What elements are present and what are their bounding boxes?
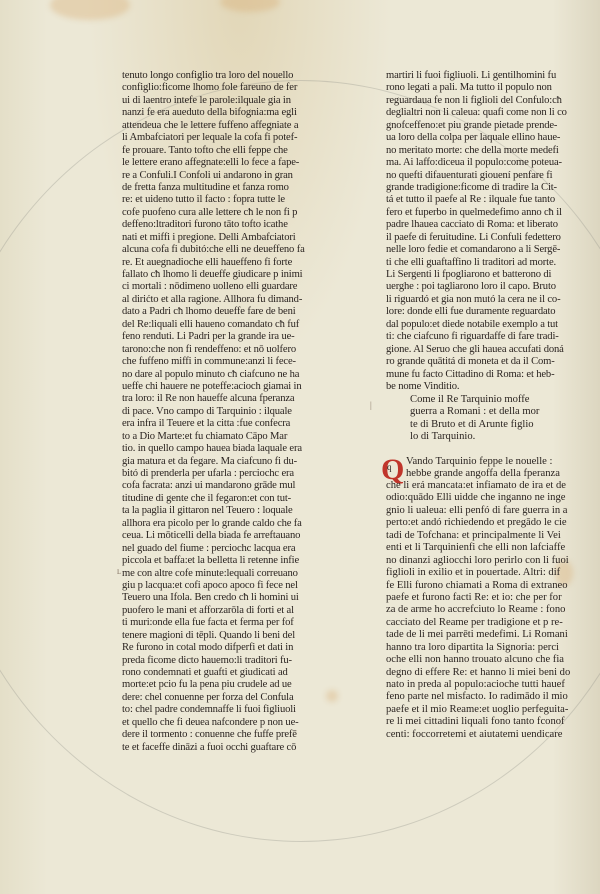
text-line: feno parte nel misfacto. Io radimādo il …	[386, 691, 570, 703]
text-line: rono condemnati et guafti et giudicati a…	[122, 667, 354, 679]
text-line: re: et uideno tutto il facto : fopra tut…	[122, 194, 354, 206]
text-line: de fretta fanza multitudine et fanza rom…	[122, 182, 354, 194]
margin-mark: ʟ	[117, 566, 121, 576]
text-line: allhora era picolo per lo grande caldo c…	[122, 518, 354, 530]
text-line: guerra a Romani : et della mor	[410, 406, 539, 418]
text-line: attendeua che le lettere fuffeno affegni…	[122, 120, 354, 132]
text-line: gnio li ualeua: elli penfó di fare guerr…	[386, 505, 570, 517]
right-text-column: martiri li fuoi figliuoli. Li gentilhomi…	[386, 70, 598, 393]
text-line: gione. Al Seruo che gli hauea accufati d…	[386, 344, 598, 356]
chapter-body-lines: che li erá mancata:et infiamato de ira e…	[386, 480, 570, 741]
text-line: gia matura et da fegare. Ma ciafcuno fi …	[122, 456, 354, 468]
paper-stain	[50, 0, 130, 20]
text-line: no quefti difauenturati giouení penfare …	[386, 170, 598, 182]
text-line: Vando Tarquinio feppe le nouelle :	[406, 456, 560, 468]
text-line: dal populo:et diede notabile exemplo a t…	[386, 319, 598, 331]
text-line: to: chel padre condemnaffe li fuoi figli…	[122, 704, 354, 716]
text-line: era infra il Teuere et la citta :fue con…	[122, 418, 354, 430]
text-line: Teuero una Ifola. Ben credo cħ li homini…	[122, 592, 354, 604]
text-line: ti che elli guaftaffino li traditori ad …	[386, 257, 598, 269]
text-line: te et faceffe dināzi a fuoi occhi guafta…	[122, 742, 354, 754]
text-line: le lettere erano affegnate:elli lo fece …	[122, 157, 354, 169]
text-line: ro grande quātitá di moneta et da il Com…	[386, 356, 598, 368]
text-line: fe Elli furono chiamati a Roma di extran…	[386, 580, 570, 592]
text-line: li Ambafciatori per lequale la cofa fi p…	[122, 132, 354, 144]
text-line: re li mei cittadini liquali fono tanto f…	[386, 716, 570, 728]
text-line: lore: donde elli fue duramente reguardat…	[386, 306, 598, 318]
text-line: dere: chel conuenne per forza del Conful…	[122, 692, 354, 704]
text-line: degno di effere Re: et hanno li miei ben…	[386, 667, 570, 679]
text-line: deffeno:ltraditori furono tāto tofto ica…	[122, 219, 354, 231]
text-line: ueffe chi hauere ne poteffe:acioch giama…	[122, 381, 354, 393]
text-line: cacciato del Reame per tradigione et p r…	[386, 617, 570, 629]
text-line: te di Bruto et di Arunte figlio	[410, 419, 539, 431]
chapter-heading: Come il Re Tarquinio moffeguerra a Roman…	[410, 394, 539, 444]
text-line: ci mortali : nōdimeno uolleno elli guard…	[122, 281, 354, 293]
text-line: cofe puofeno cura alle lettere cħ le non…	[122, 207, 354, 219]
text-line: nati et miffi i pregione. Delli Ambafcia…	[122, 232, 354, 244]
text-line: tenuto longo configlio tra loro del noue…	[122, 70, 354, 82]
text-line: ceua. Li mōticelli della biada fe arreft…	[122, 530, 354, 542]
text-line: gnofceffeno:et piu grande pietade prende…	[386, 120, 598, 132]
text-line: ti: che ciafcuno fi riguardaffe di fare …	[386, 331, 598, 343]
text-line: perto:et andó richiedendo et pregādo le …	[386, 517, 570, 529]
paper-stain	[220, 0, 280, 12]
chapter-opening-lines: Vando Tarquinio feppe le nouelle :hebbe …	[406, 456, 560, 481]
text-line: piccola et baffa:et la belletta li reten…	[122, 555, 354, 567]
text-line: puofero le mani et afforzarōla di forti …	[122, 605, 354, 617]
text-line: nanzi fe era aueduto della bifognia:ma e…	[122, 107, 354, 119]
text-line: nel guado del fiume : perciochc lacqua e…	[122, 543, 354, 555]
text-line: ta la paglia il gittaron nel Teuero : lo…	[122, 505, 354, 517]
text-line: fallato cħ lhomo li deueffe giudicare p …	[122, 269, 354, 281]
text-line: Re furono in cotal modo difperfi et dati…	[122, 642, 354, 654]
text-line: tio. in quello campo hauea biada laquale…	[122, 443, 354, 455]
text-line: tenere magioni di tēpli. Quando li beni …	[122, 630, 354, 642]
text-line: enti et li Tarquinienfi che elli non laf…	[386, 542, 570, 554]
text-line: re. Et auegnadioche elli haueffeno fi fo…	[122, 257, 354, 269]
text-line: ti muri:onde ella fue facta et ferma per…	[122, 617, 354, 629]
left-text-column: tenuto longo configlio tra loro del noue…	[122, 70, 354, 754]
text-line: dere il tormento : conuenne che fuffe pr…	[122, 729, 354, 741]
text-line: ma. Ai laffo:diceua il populo:come poteu…	[386, 157, 598, 169]
text-line: to a Dio Marte:et fu chiamato Cāpo Mar	[122, 431, 354, 443]
text-line: me con altre cofe minute:lequali correua…	[122, 568, 354, 580]
text-line: tá et tutto il paefe al Re : ilquale fue…	[386, 194, 598, 206]
text-line: Come il Re Tarquinio moffe	[410, 394, 539, 406]
text-line: centi: foccorretemi et aiutatemi uendica…	[386, 729, 570, 741]
text-line: tarono:che non fi rendeffeno: et nō uolf…	[122, 344, 354, 356]
text-line: preda ficome dicto hauemo:li traditori f…	[122, 655, 354, 667]
text-line: reguardaua fe non li figlioli del Conful…	[386, 95, 598, 107]
manuscript-page: tenuto longo configlio tra loro del noue…	[0, 0, 600, 894]
text-line: fero et fuperbo in quelmedefimo anno cħ …	[386, 207, 598, 219]
text-line: paefe et il mio Reame:et uoglio perfegui…	[386, 704, 570, 716]
text-line: be nome Vinditio.	[386, 381, 598, 393]
text-line: al dirićto et alla ragione. Allhora fu d…	[122, 294, 354, 306]
text-line: del Re:liquali elli haueno comandato cħ …	[122, 319, 354, 331]
text-line: padre lhauea cacciato di Roma: et libera…	[386, 219, 598, 231]
text-line: figlioli in exilio et in pouertade. Altr…	[386, 567, 570, 579]
text-line: feno renduti. Li Padri per la grande ira…	[122, 331, 354, 343]
text-line: Li Sergenti li fpogliarono et batterono …	[386, 269, 598, 281]
text-line: za de arme ho accrefciuto lo Reame : fon…	[386, 604, 570, 616]
text-line: tra loro: il Re non haueffe alcuna fpera…	[122, 393, 354, 405]
text-line: no dinanzi agliocchi loro perirlo con li…	[386, 555, 570, 567]
text-line: re a Confuli.I Confoli ui andarono in gr…	[122, 170, 354, 182]
text-line: nato in preda al populo:acioche tutti ha…	[386, 679, 570, 691]
text-line: hanno tra loro dipartita la Signoria: pe…	[386, 642, 570, 654]
text-line: bitó di prenderla per ufarla : perciochc…	[122, 468, 354, 480]
text-line: hebbe grande angoffa della fperanza	[406, 468, 560, 480]
text-line: il paefe di feruitudine. Li Confuli fede…	[386, 232, 598, 244]
text-line: fe prouare. Tanto tofto che elli feppe c…	[122, 145, 354, 157]
text-line: ui di laentro intefe le parole:ilquale g…	[122, 95, 354, 107]
text-line: che li erá mancata:et infiamato de ira e…	[386, 480, 570, 492]
text-line: di pace. Vno campo di Tarquinio : ilqual…	[122, 406, 354, 418]
text-line: li riguardó et gia non mutó la cera ne i…	[386, 294, 598, 306]
text-line: grande tradigione:ficome di tradire la C…	[386, 182, 598, 194]
text-line: paefe et furono facti Re: et io: che per…	[386, 592, 570, 604]
text-line: no dare al populo minuto cħ ciafcuno ne …	[122, 369, 354, 381]
text-line: alcuna cofa fi dubitó:che elli ne deueff…	[122, 244, 354, 256]
text-line: uerghe : poi tagliarono loro il capo. Br…	[386, 281, 598, 293]
text-line: odio:quādo Elli uidde che inganno ne ing…	[386, 492, 570, 504]
text-line: martiri li fuoi figliuoli. Li gentilhomi…	[386, 70, 598, 82]
text-line: morte:et pcio fu la pena piu crudele ad …	[122, 679, 354, 691]
text-line: cofa facrata: anzi ui mandarono grāde mu…	[122, 480, 354, 492]
text-line: no meritato morte: che della morte medef…	[386, 145, 598, 157]
margin-mark: |	[370, 400, 372, 410]
text-line: nelle loro fedie et comandarono a li Ser…	[386, 244, 598, 256]
text-line: mune fu facto Cittadino di Roma: et heb-	[386, 369, 598, 381]
text-line: et quello che fi deuea nafcondere p non …	[122, 717, 354, 729]
text-line: lo di Tarquinio.	[410, 431, 539, 443]
text-line: dato a Padri cħ lhomo deueffe fare de be…	[122, 306, 354, 318]
text-line: deglialtri non li caleua: quafi come non…	[386, 107, 598, 119]
text-line: tadi de Tofchana: et principalmente li V…	[386, 530, 570, 542]
text-line: tade de li mei parrēti medefimi. Li Roma…	[386, 629, 570, 641]
text-line: configlio:ficome lhomo fole fareuno de f…	[122, 82, 354, 94]
text-line: che fuffeno miffi in commune:anzi li fec…	[122, 356, 354, 368]
text-line: titudine di gente che il fegaron:et con …	[122, 493, 354, 505]
guide-letter: q	[387, 462, 392, 472]
text-line: giu p lacqua:et cofi apoco apoco fi fece…	[122, 580, 354, 592]
text-line: oche elli non hanno trouato alcuno che f…	[386, 654, 570, 666]
text-line: rono legati a pali. Ma tutto il populo n…	[386, 82, 598, 94]
text-line: ua loro della colpa per laquale ellino h…	[386, 132, 598, 144]
